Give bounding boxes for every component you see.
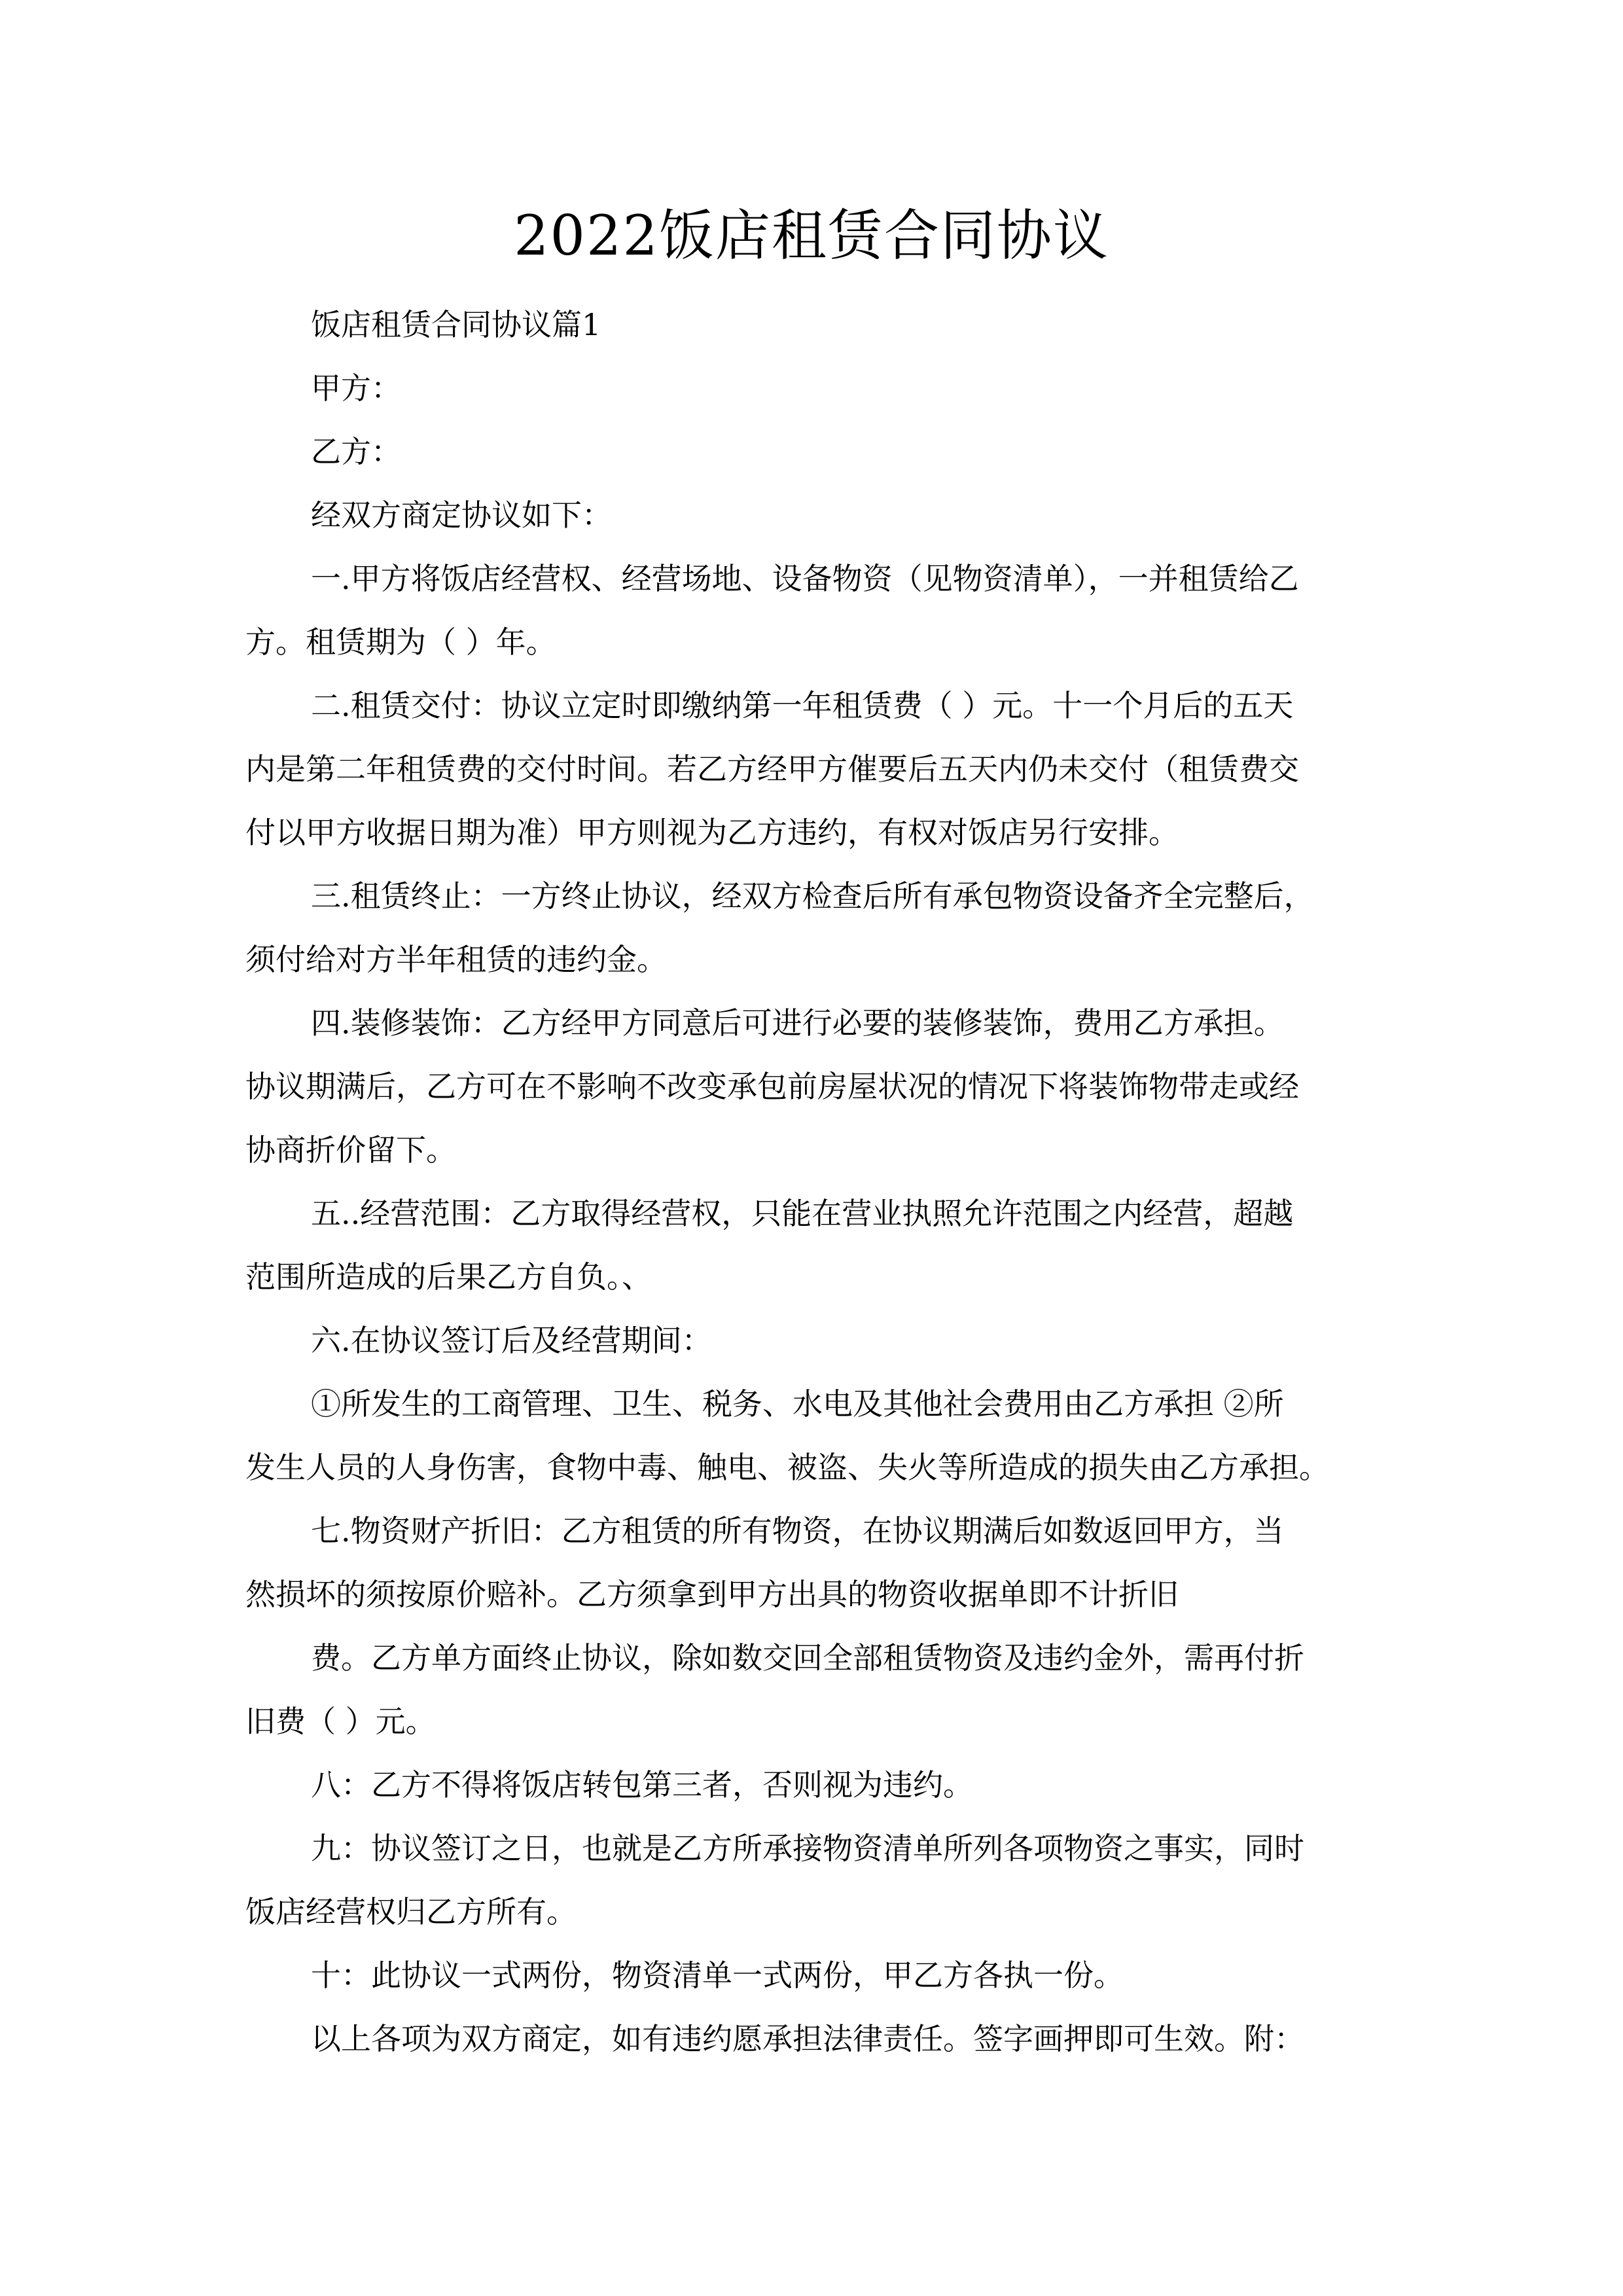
clause-3-line: 三.租赁终止：一方终止协议，经双方检查后所有承包物资设备齐全完整后， — [245, 865, 1384, 928]
clause-10-line: 十：此协议一式两份，物资清单一式两份，甲乙方各执一份。 — [245, 1944, 1384, 2007]
document-title: 2022饭店租赁合同协议 — [0, 196, 1623, 275]
clause-4-line: 协商折价留下。 — [245, 1119, 1384, 1182]
clause-2-line: 内是第二年租赁费的交付时间。若乙方经甲方催要后五天内仍未交付（租赁费交 — [245, 738, 1384, 801]
clause-8-line: 八：乙方不得将饭店转包第三者，否则视为违约。 — [245, 1753, 1384, 1817]
clause-9-line: 九：协议签订之日，也就是乙方所承接物资清单所列各项物资之事实，同时 — [245, 1817, 1384, 1880]
clause-1-line: 一.甲方将饭店经营权、经营场地、设备物资（见物资清单），一并租赁给乙 — [245, 547, 1384, 611]
subtitle-line: 饭店租赁合同协议篇1 — [245, 293, 1384, 357]
clause-4-line: 协议期满后，乙方可在不影响不改变承包前房屋状况的情况下将装饰物带走或经 — [245, 1055, 1384, 1119]
clause-2-line: 付以甲方收据日期为准）甲方则视为乙方违约，有权对饭店另行安排。 — [245, 801, 1384, 865]
clause-5-line: 范围所造成的后果乙方自负。、 — [245, 1246, 1384, 1309]
clause-7-line: 七.物资财产折旧：乙方租赁的所有物资，在协议期满后如数返回甲方，当 — [245, 1499, 1384, 1563]
clause-4-line: 四.装修装饰：乙方经甲方同意后可进行必要的装修装饰，费用乙方承担。 — [245, 992, 1384, 1055]
intro-line: 经双方商定协议如下： — [245, 484, 1384, 547]
clause-7-line: 然损坏的须按原价赔补。乙方须拿到甲方出具的物资收据单即不计折旧 — [245, 1563, 1384, 1626]
clause-7-line: 费。乙方单方面终止协议，除如数交回全部租赁物资及违约金外，需再付折 — [245, 1626, 1384, 1690]
document-body: 饭店租赁合同协议篇1 甲方： 乙方： 经双方商定协议如下： 一.甲方将饭店经营权… — [245, 293, 1384, 2071]
closing-line: 以上各项为双方商定，如有违约愿承担法律责任。签字画押即可生效。附： — [245, 2007, 1384, 2071]
clause-3-line: 须付给对方半年租赁的违约金。 — [245, 928, 1384, 992]
clause-6-item-line: ①所发生的工商管理、卫生、税务、水电及其他社会费用由乙方承担 ②所 — [245, 1372, 1384, 1436]
clause-2-line: 二.租赁交付：协议立定时即缴纳第一年租赁费（ ）元。十一个月后的五天 — [245, 674, 1384, 738]
clause-7-line: 旧费（ ）元。 — [245, 1690, 1384, 1753]
clause-6-item-line: 发生人员的人身伤害，食物中毒、触电、被盗、失火等所造成的损失由乙方承担。 — [245, 1436, 1384, 1499]
clause-9-line: 饭店经营权归乙方所有。 — [245, 1880, 1384, 1944]
clause-6-line: 六.在协议签订后及经营期间： — [245, 1309, 1384, 1372]
clause-1-line: 方。租赁期为（ ）年。 — [245, 611, 1384, 674]
party-b-line: 乙方： — [245, 420, 1384, 484]
clause-5-line: 五..经营范围：乙方取得经营权，只能在营业执照允许范围之内经营，超越 — [245, 1182, 1384, 1246]
party-a-line: 甲方： — [245, 357, 1384, 420]
document-page: 2022饭店租赁合同协议 饭店租赁合同协议篇1 甲方： 乙方： 经双方商定协议如… — [0, 0, 1623, 2296]
